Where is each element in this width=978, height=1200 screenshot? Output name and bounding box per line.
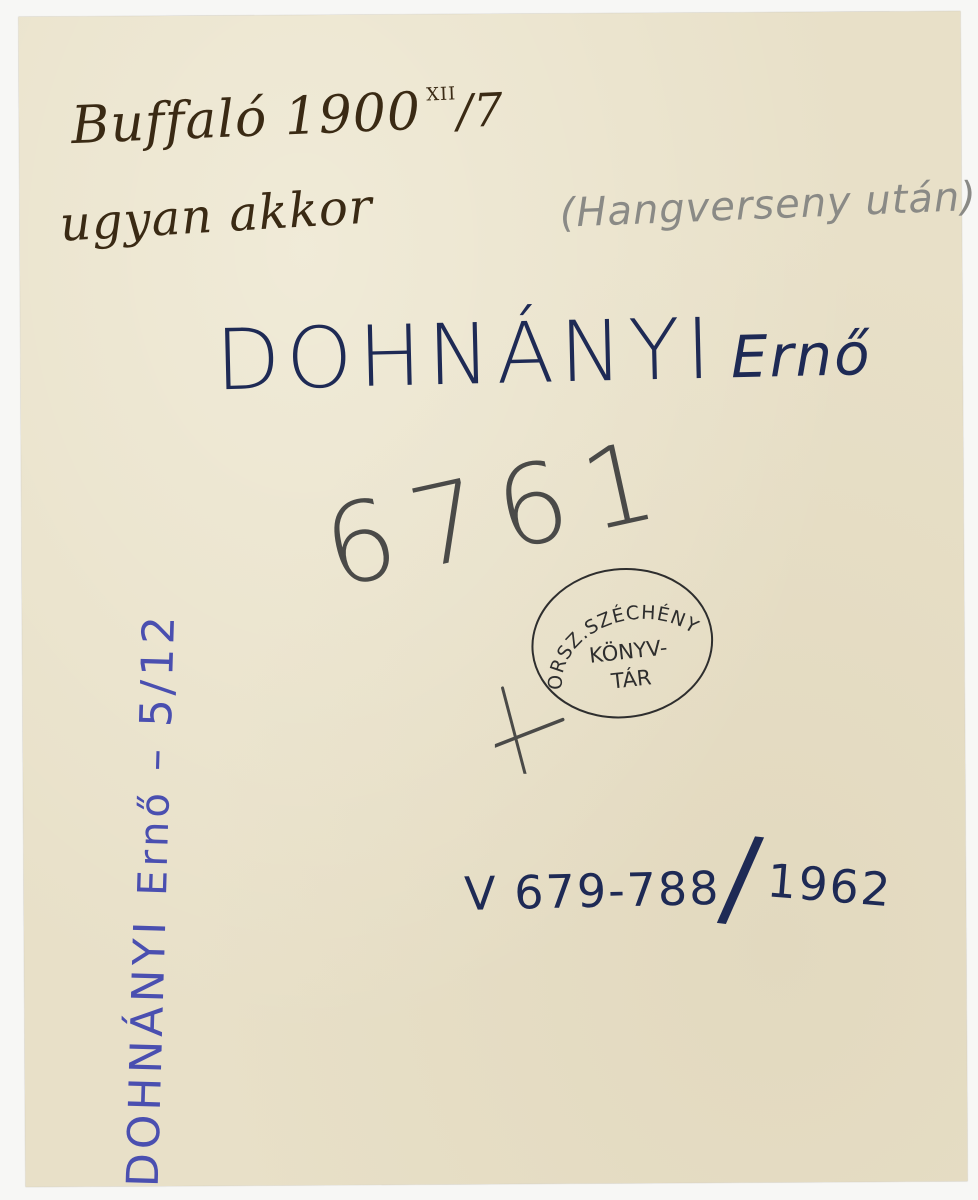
vertical-given-name: Ernő <box>130 788 179 896</box>
inventory-year: 1962 <box>765 853 894 917</box>
date-month-superscript: XII <box>426 83 457 105</box>
inventory-prefix: V <box>464 866 499 921</box>
place-year: Buffaló 1900 <box>70 82 422 156</box>
vertical-margin-name: DOHNÁNYIErnő – 5/12 <box>118 612 186 1188</box>
vertical-surname: DOHNÁNYI <box>118 917 177 1188</box>
inventory-number: V 679-788/1962 <box>462 798 893 936</box>
same-time-note: ugyan akkor <box>58 179 374 253</box>
vertical-ref: – 5/12 <box>130 612 186 772</box>
concert-pencil-note: (Hangverseny után) <box>559 174 978 237</box>
subject-surname: DOHNÁNYI <box>214 300 717 410</box>
stamp-line1: KÖNYV- <box>588 634 669 668</box>
inventory-range: 679-788 <box>514 861 721 920</box>
subject-name: DOHNÁNYIErnő <box>214 296 872 409</box>
date-day: /7 <box>456 82 505 138</box>
library-stamp-icon: ORSZ.SZÉCHÉNYI KÖNYV- TÁR <box>519 553 726 733</box>
subject-given-name: Ernő <box>730 320 872 391</box>
inventory-slash: / <box>715 811 769 943</box>
photo-card-verso: Buffaló 1900XII/7 ugyan akkor (Hangverse… <box>18 11 967 1187</box>
stamp-line2: TÁR <box>609 664 653 693</box>
place-date-note: Buffaló 1900XII/7 <box>70 78 505 156</box>
